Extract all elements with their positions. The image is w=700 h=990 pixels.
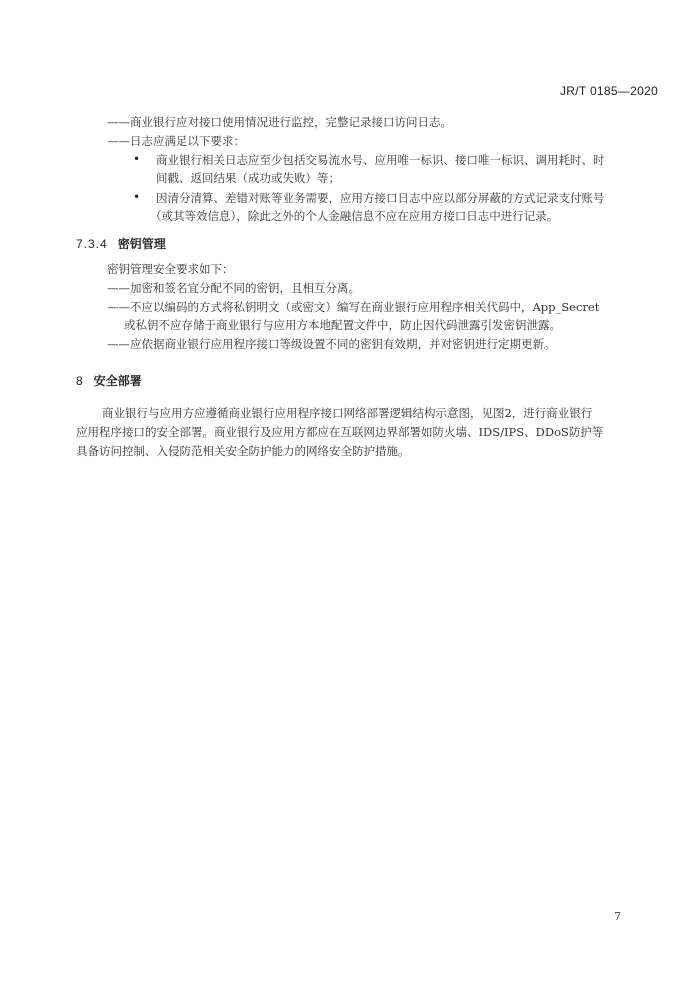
list-item-continuation: 或私钥不应存储于商业银行与应用方本地配置文件中，防止因代码泄露引发密钥泄露。 bbox=[124, 317, 561, 333]
list-item: ——应依据商业银行应用程序接口等级设置不同的密钥有效期，并对密钥进行定期更新。 bbox=[107, 336, 556, 352]
section-title: 密钥管理 bbox=[118, 237, 166, 251]
list-item: ——商业银行应对接口使用情况进行监控，完整记录接口访问日志。 bbox=[107, 114, 452, 130]
paragraph-line: 商业银行与应用方应遵循商业银行应用程序接口网络部署逻辑结构示意图，见图2，进行商… bbox=[102, 405, 592, 421]
list-item: ——不应以编码的方式将私钥明文（或密文）编写在商业银行应用程序相关代码中，App… bbox=[107, 299, 599, 315]
standard-code-header: JR/T 0185—2020 bbox=[560, 84, 658, 98]
list-item: ——日志应满足以下要求： bbox=[107, 133, 245, 149]
page-number: 7 bbox=[614, 910, 621, 923]
section-heading-7-3-4: 7.3.4密钥管理 bbox=[76, 235, 166, 252]
section-intro: 密钥管理安全要求如下： bbox=[107, 261, 234, 277]
bullet-text-line: 商业银行相关日志应至少包括交易流水号、应用唯一标识、接口唯一标识、调用耗时、时 bbox=[156, 152, 605, 168]
bullet-text-line: 间戳、返回结果（成功或失败）等； bbox=[156, 170, 340, 186]
section-heading-8: 8安全部署 bbox=[76, 372, 142, 389]
section-number: 7.3.4 bbox=[76, 237, 108, 251]
paragraph-line: 具备访问控制、入侵防范相关安全防护能力的网络安全防护措施。 bbox=[76, 443, 410, 459]
list-item: ——加密和签名宜分配不同的密钥，且相互分离。 bbox=[107, 280, 360, 296]
bullet-icon: • bbox=[133, 190, 140, 204]
section-title: 安全部署 bbox=[94, 374, 142, 388]
bullet-text-line: 因清分清算、差错对账等业务需要，应用方接口日志中应以部分屏蔽的方式记录支付账号 bbox=[156, 190, 605, 206]
section-number: 8 bbox=[76, 374, 84, 388]
paragraph-line: 应用程序接口的安全部署。商业银行及应用方都应在互联网边界部署如防火墙、IDS/I… bbox=[76, 424, 603, 440]
bullet-icon: • bbox=[133, 152, 140, 166]
bullet-text-line: （或其等效信息），除此之外的个人金融信息不应在应用方接口日志中进行记录。 bbox=[150, 208, 558, 224]
